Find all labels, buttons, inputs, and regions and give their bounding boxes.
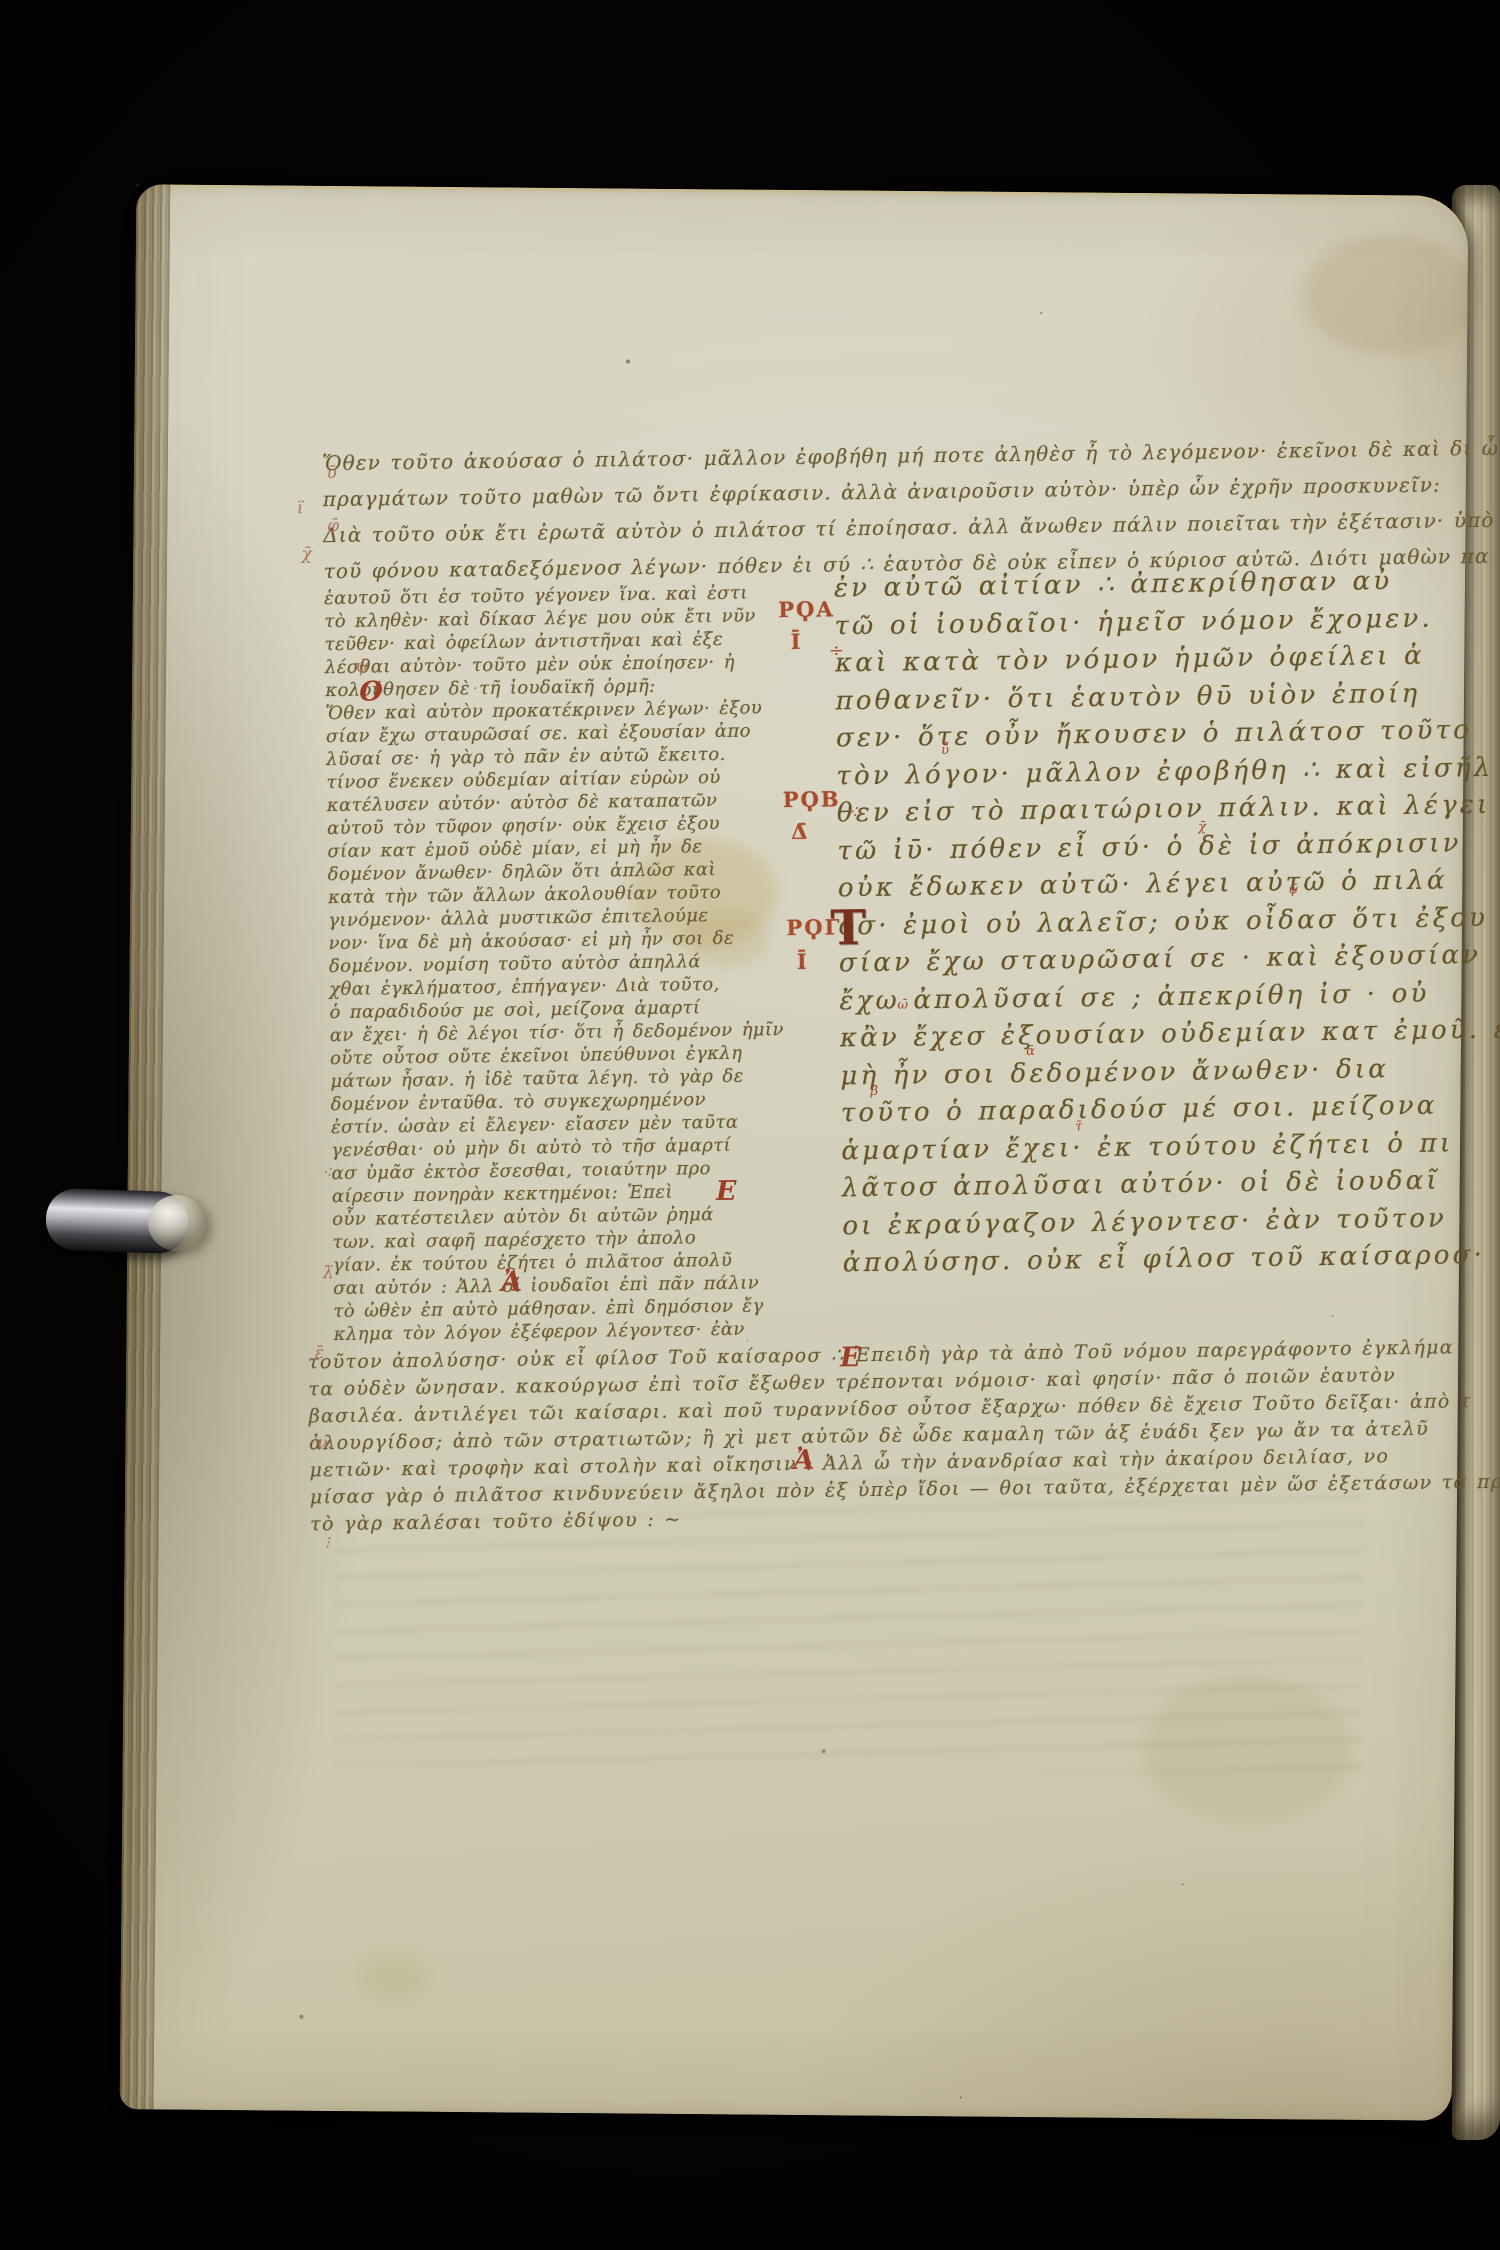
rubric-mark: φ̄ [327, 516, 339, 536]
rubric-mark: ῡ [326, 463, 337, 483]
rubric-mark: ν: [317, 1433, 333, 1453]
ink-specks [136, 184, 138, 186]
rubric-mark: ÷ [829, 640, 844, 661]
rubric-mark: Ε [840, 1342, 861, 1373]
text-layer: Ὅθεν τοῦτο ἀκούσασ ὁ πιλάτοσ· μᾶλλον ἐφο… [117, 180, 1474, 2122]
rubric-mark: ῧ [941, 743, 949, 758]
rubric-mark: ϊ [297, 498, 304, 518]
photo-black-background: Ὅθεν τοῦτο ἀκούσασ ὁ πιλάτοσ· μᾶλλον ἐφο… [0, 0, 1500, 2250]
rubric-mark: ᾱ [1026, 1044, 1035, 1059]
rubrication-layer: ΡϘΑῙΡϘΒΔ̄ΡϘΓῙ÷⁘ΟΕἈΕἈῧχ̄ψ̄ω̄ᾱβ̄τ̄ῡϊφ̄χ̄ψ̄… [117, 180, 1474, 2122]
rubric-mark: ⁝ [324, 1533, 330, 1553]
rubric-mark: τ̄ [1075, 1119, 1082, 1134]
rubric-mark: Ἀ [501, 1267, 522, 1298]
rubric-mark: ⁖ [321, 1163, 331, 1183]
rubric-mark: ω̄ [897, 998, 908, 1013]
rubric-mark: Ῑ [791, 629, 803, 654]
initial-letter-tau: Τ [830, 900, 866, 956]
page-holder-rod [45, 1188, 189, 1255]
rubric-mark: ψ̄ [1288, 882, 1298, 897]
rubric-mark: χ̄ [301, 544, 312, 564]
manuscript-page: Ὅθεν τοῦτο ἀκούσασ ὁ πιλάτοσ· μᾶλλον ἐφο… [120, 184, 1469, 2121]
rubric-mark: ΡϘΒ [783, 786, 841, 812]
rubric-mark: χ̄ [1198, 820, 1206, 835]
rubric-mark: Δ̄ [791, 819, 810, 844]
rubric-mark: Ε [716, 1176, 737, 1207]
rubric-mark: ΡϘΑ [778, 596, 835, 622]
rubric-mark: Ῑ [797, 949, 809, 974]
rubric-mark: β̄ [870, 1084, 878, 1099]
rubric-mark: Ἀ [793, 1445, 814, 1476]
rubric-mark: Ο [359, 676, 383, 707]
rubric-mark: λ̈ [323, 1263, 334, 1283]
rubric-mark: ψ̄ [355, 657, 369, 677]
rubric-mark: ε̄ [315, 1343, 324, 1363]
rubric-mark: ⁘ [847, 802, 862, 823]
